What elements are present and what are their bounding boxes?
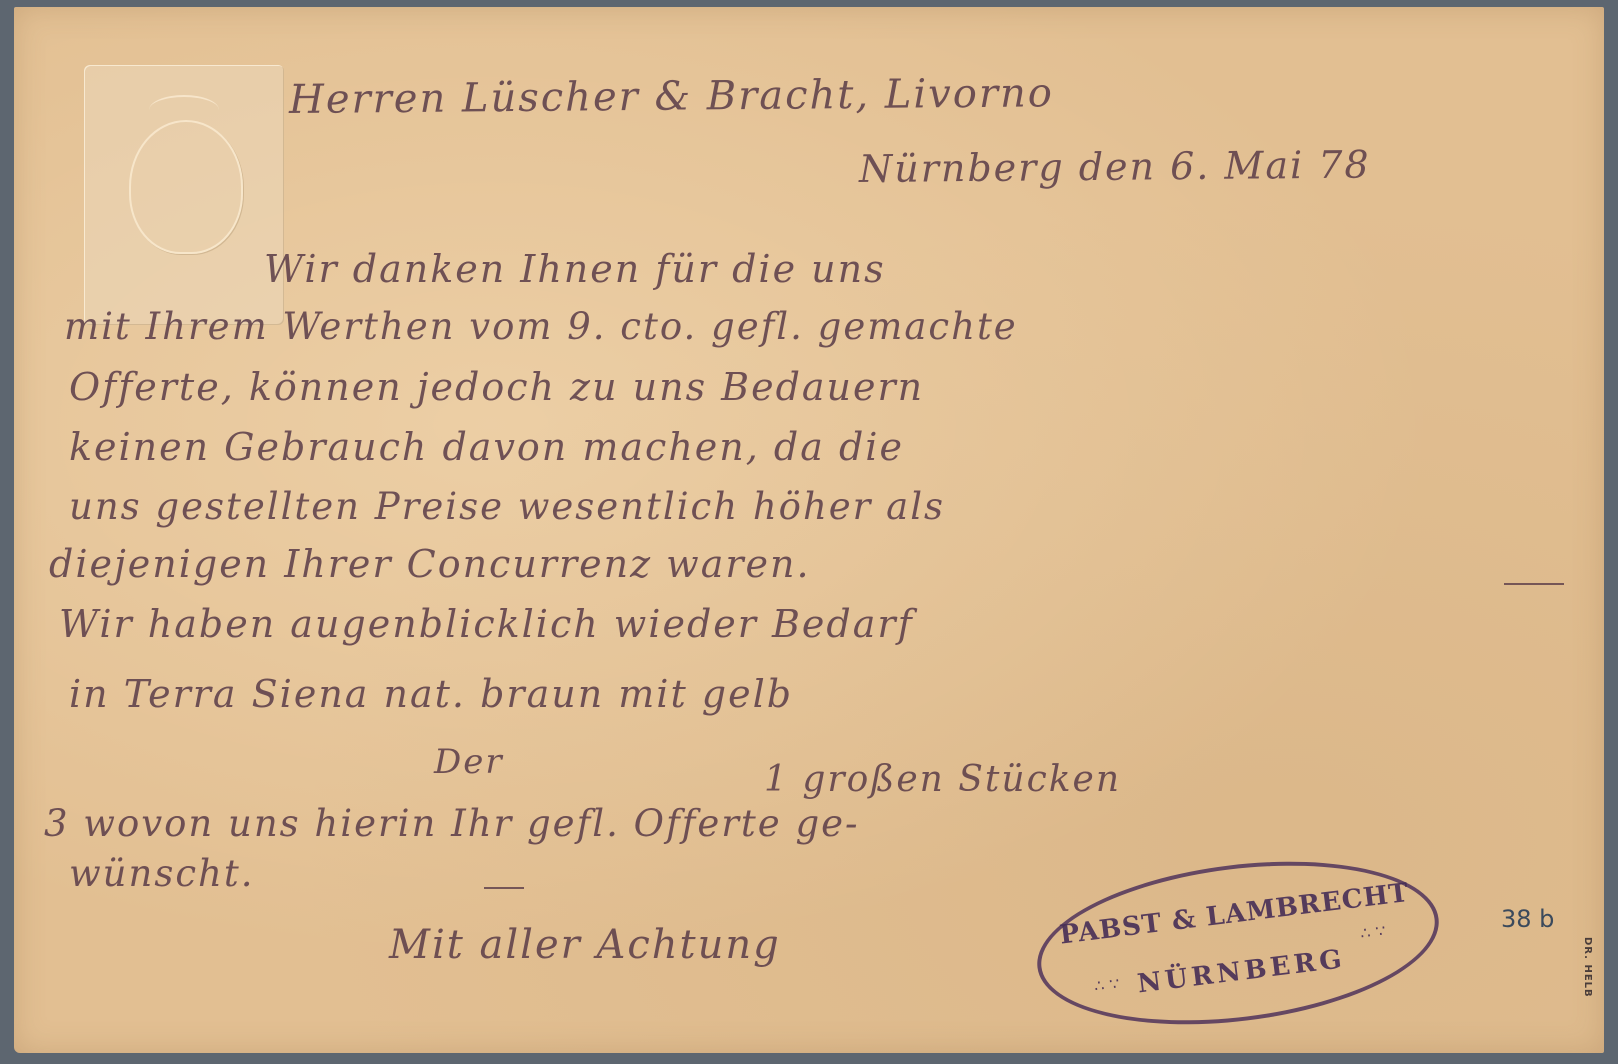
letter-line-1: Wir danken Ihnen für die uns <box>264 247 886 291</box>
letter-line-8: in Terra Siena nat. braun mit gelb <box>69 672 793 716</box>
letter-line-5: uns gestellten Preise wesentlich höher a… <box>69 485 945 528</box>
letter-line-7: Wir haben augenblicklich wieder Bedarf <box>59 602 914 646</box>
line-end-dash <box>1504 583 1564 585</box>
embossed-stamp-icon <box>84 65 284 325</box>
company-handstamp: PABST & LAMBRECHT ∴ ∵ ∴ ∵ NÜRNBERG <box>1028 841 1448 1045</box>
printer-mark: DR. HELB <box>1582 937 1593 998</box>
letter-line-12: wünscht. <box>69 852 255 895</box>
postcard: Herren Lüscher & Bracht, Livorno Nürnber… <box>14 7 1604 1053</box>
closing-dash <box>484 887 524 889</box>
letter-line-10: 1 großen Stücken <box>764 759 1121 800</box>
letter-line-4: keinen Gebrauch davon machen, da die <box>69 425 904 469</box>
letter-line-2: mit Ihrem Werthen vom 9. cto. gefl. gema… <box>64 305 1018 348</box>
address-line: Herren Lüscher & Bracht, Livorno <box>289 70 1054 123</box>
closing-line: Mit aller Achtung <box>389 922 781 968</box>
letter-line-6: diejenigen Ihrer Concurrenz waren. <box>49 542 811 586</box>
pencil-catalog-note: 38 b <box>1501 905 1554 933</box>
letter-line-11: 3 wovon uns hierin Ihr gefl. Offerte ge- <box>44 802 860 845</box>
letter-line-9: Der <box>434 742 504 782</box>
letter-line-3: Offerte, können jedoch zu uns Bedauern <box>69 365 924 409</box>
coat-of-arms-icon <box>129 120 243 254</box>
date-line: Nürnberg den 6. Mai 78 <box>859 143 1371 191</box>
